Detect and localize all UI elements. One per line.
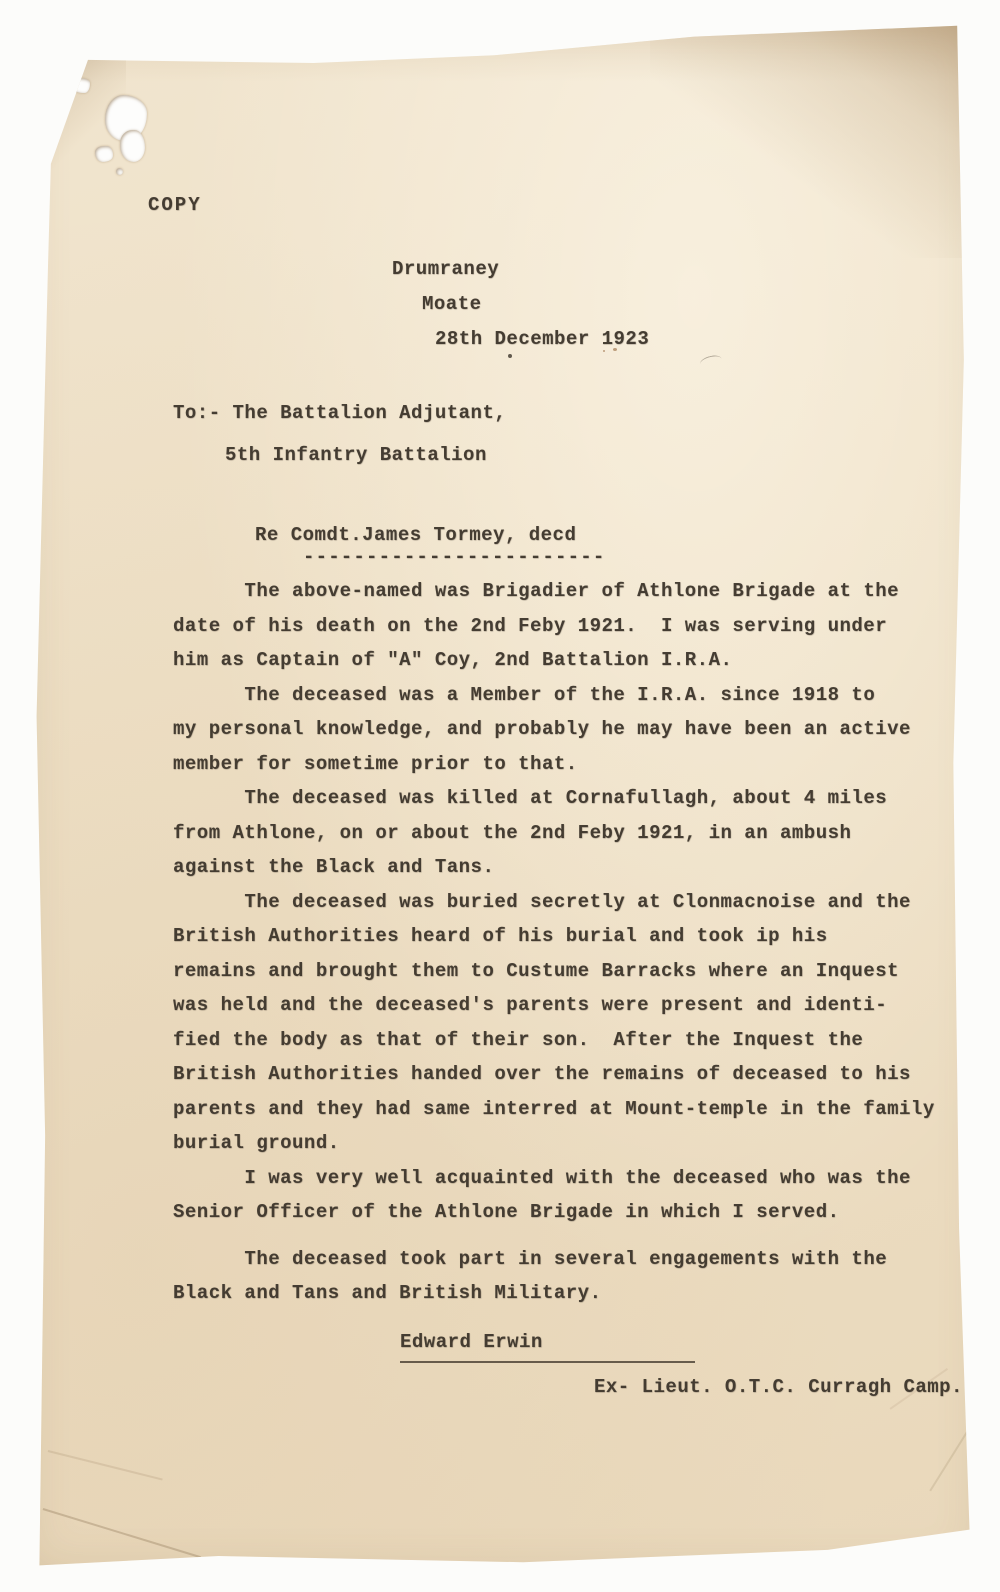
paragraph: The deceased was buried secretly at Clon… bbox=[173, 885, 993, 1161]
signature-block: Edward Erwin Ex- Lieut. O.T.C. Curragh C… bbox=[400, 1325, 993, 1405]
bottom-right-crease bbox=[929, 1412, 979, 1491]
sender-place-line: Drumraney bbox=[392, 258, 499, 280]
torn-hole bbox=[120, 130, 145, 162]
paragraph: The deceased took part in several engage… bbox=[173, 1242, 993, 1311]
sender-place-line: Moate bbox=[422, 293, 482, 315]
top-right-corner-stain bbox=[650, 18, 980, 258]
paragraph: The deceased was a Member of the I.R.A. … bbox=[173, 678, 993, 782]
recipient-line: 5th Infantry Battalion bbox=[225, 444, 487, 466]
letter-date: 28th December 1923 bbox=[435, 328, 649, 350]
signature-title: Ex- Lieut. O.T.C. Curragh Camp. bbox=[594, 1370, 993, 1405]
recipient-line: To:- The Battalion Adjutant, bbox=[173, 402, 506, 424]
letter-body: The above-named was Brigadier of Athlone… bbox=[173, 574, 993, 1405]
faint-pencil-mark bbox=[699, 354, 723, 370]
paragraph: I was very well acquainted with the dece… bbox=[173, 1161, 993, 1230]
subject-line: Re Comdt.James Tormey, decd bbox=[255, 524, 605, 546]
paragraph: The deceased was killed at Cornafullagh,… bbox=[173, 781, 993, 885]
bottom-left-crease bbox=[48, 1450, 163, 1480]
torn-hole bbox=[116, 168, 123, 175]
torn-hole bbox=[72, 78, 90, 93]
paper-speck bbox=[603, 350, 605, 352]
stray-type-dot bbox=[508, 354, 512, 358]
paragraph: The above-named was Brigadier of Athlone… bbox=[173, 574, 993, 678]
subject-underline: ------------------------ bbox=[303, 546, 605, 568]
signature-name: Edward Erwin bbox=[400, 1325, 695, 1364]
letter-page: COPY Drumraney Moate 28th December 1923 … bbox=[28, 18, 980, 1570]
subject-block: Re Comdt.James Tormey, decd ------------… bbox=[255, 524, 605, 568]
copy-label: COPY bbox=[148, 194, 202, 216]
bottom-left-crease bbox=[43, 1508, 201, 1558]
torn-hole bbox=[95, 146, 113, 162]
